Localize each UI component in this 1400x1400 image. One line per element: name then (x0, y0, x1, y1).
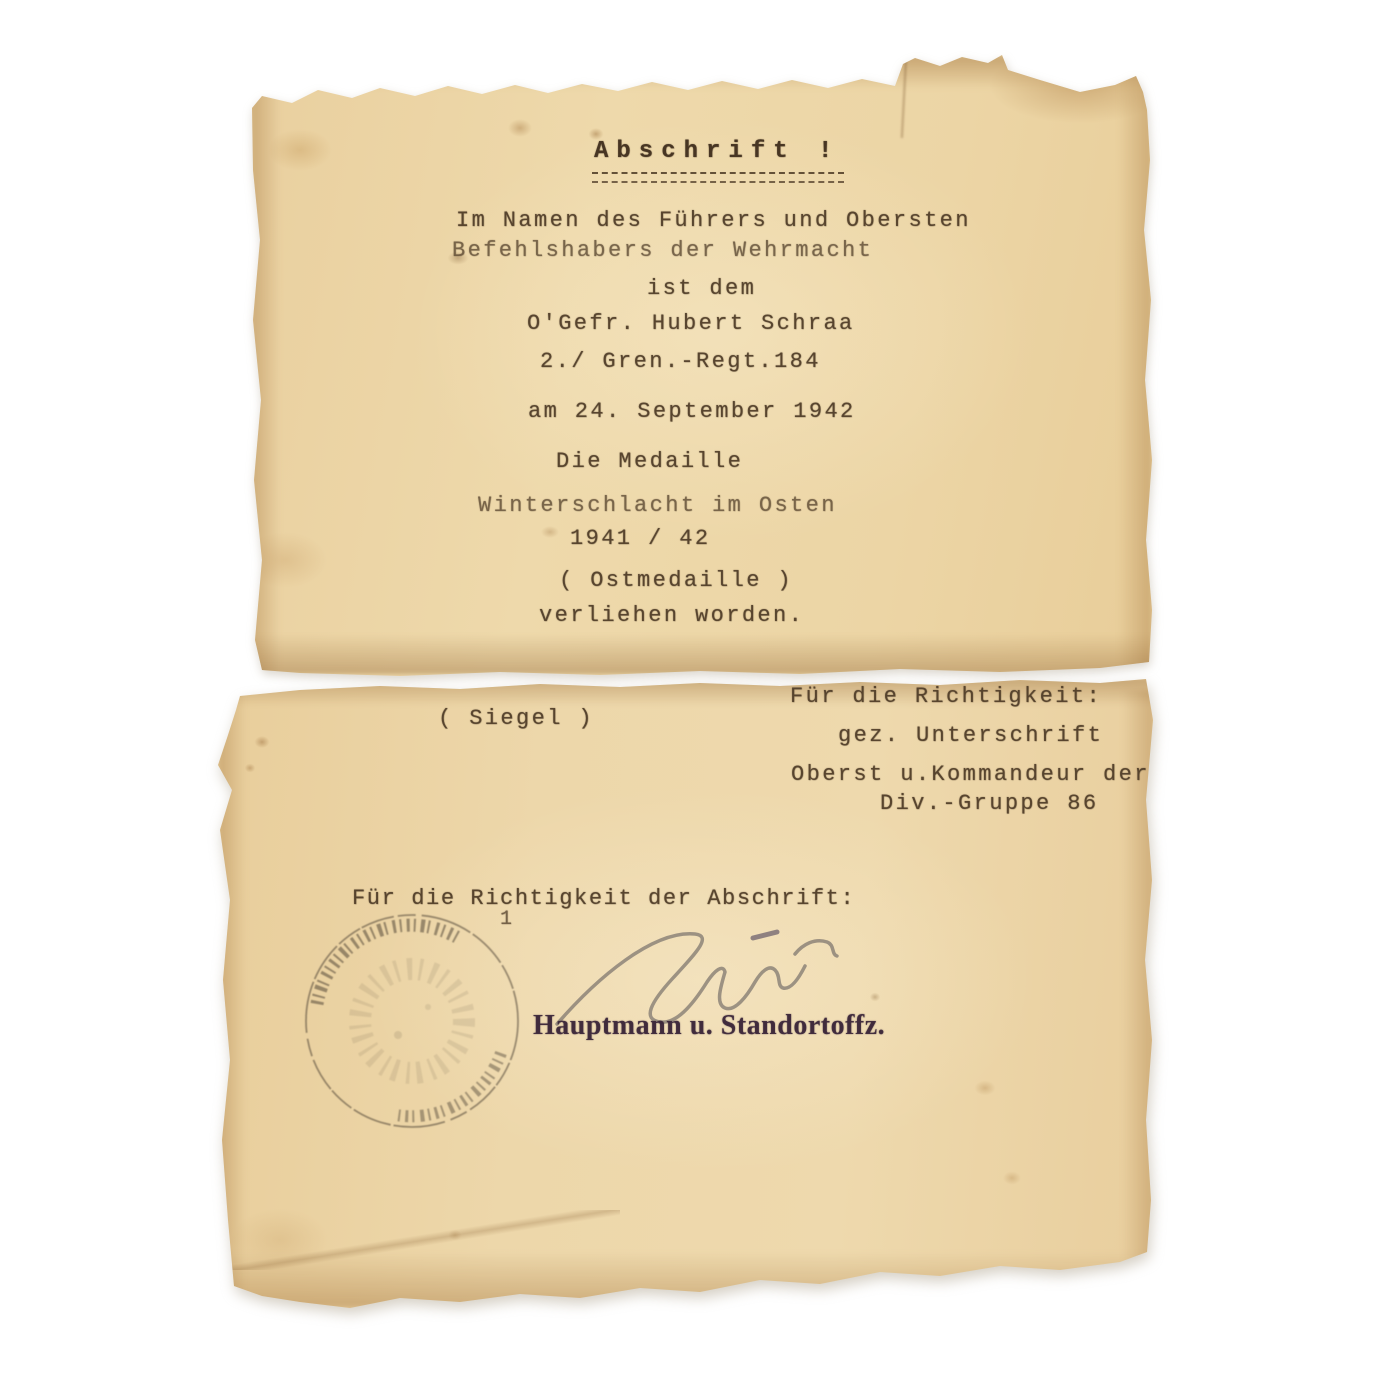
paper-left-edge-shading-lower (218, 690, 246, 1300)
round-ink-stamp (294, 903, 530, 1139)
seal-placeholder: ( Siegel ) (438, 706, 594, 731)
officer-stamp-text: Hauptmann u. Standortoffz. (533, 1010, 885, 1042)
paper-bottom-edge-shading (222, 1252, 1152, 1308)
certification-line-2: gez. Unterschrift (838, 723, 1103, 748)
bottom-left-crease (230, 1210, 620, 1270)
certification-line-3: Oberst u.Kommandeur der (791, 762, 1150, 787)
paper-lower-half: ( Siegel ) Für die Richtigkeit: gez. Unt… (0, 0, 1400, 1400)
lower-sheet-wrap: ( Siegel ) Für die Richtigkeit: gez. Unt… (0, 0, 1400, 1400)
certification-line-4: Div.-Gruppe 86 (880, 791, 1098, 816)
photo-of-document: Abschrift ! Im Namen des Führers und Obe… (0, 0, 1400, 1400)
certification-line-1: Für die Richtigkeit: (790, 684, 1102, 709)
